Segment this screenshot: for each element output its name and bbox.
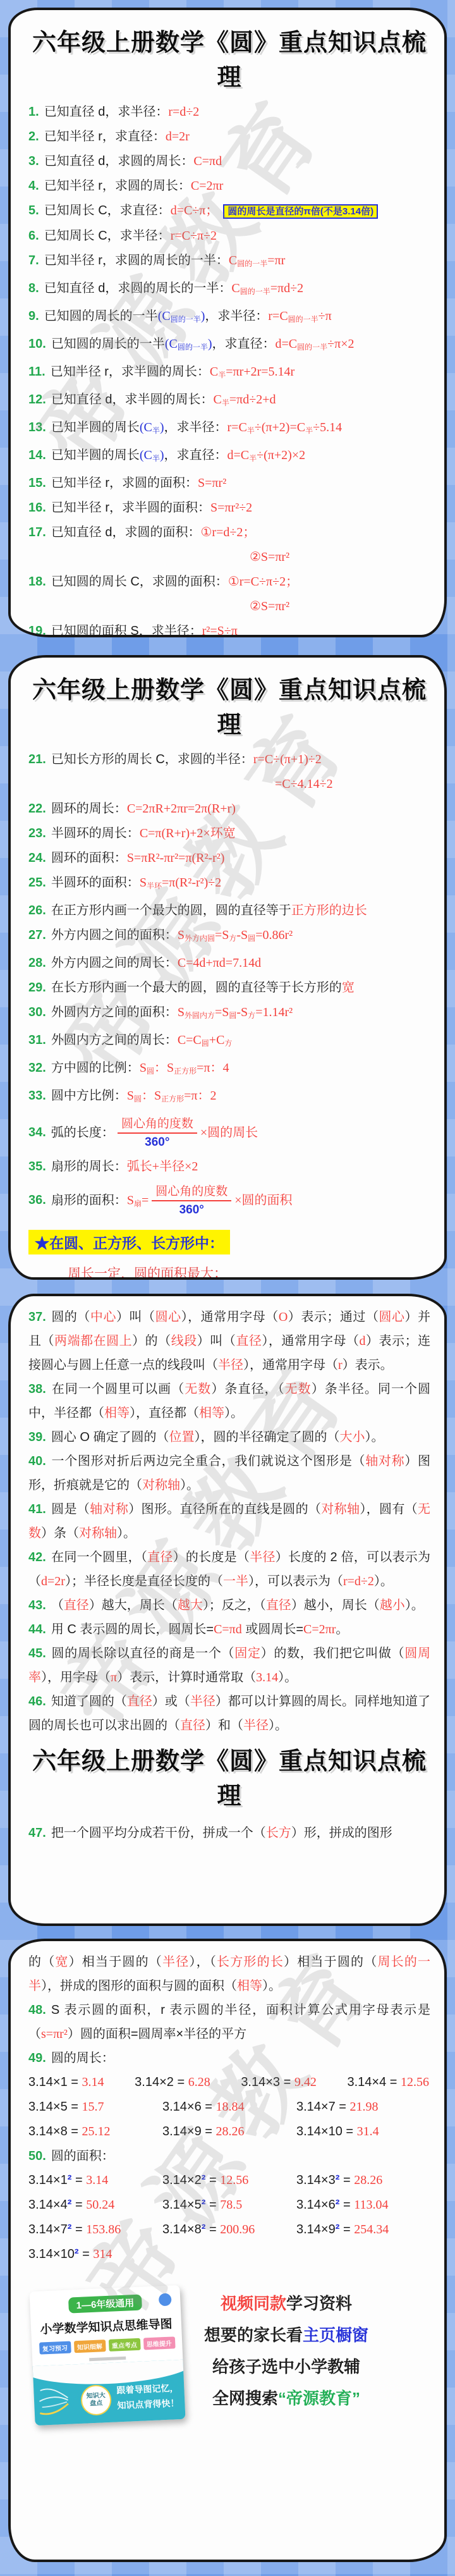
question-text: ）条（ (41, 1526, 79, 1540)
knowledge-item-35: 35.扇形的周长：弧长+半径×2 (28, 1157, 430, 1177)
question-text: = (205, 2223, 220, 2236)
question-text: ）。 (278, 1671, 297, 1684)
knowledge-item-6: 6.已知周长 C，求半径：r=C÷π÷2 (28, 226, 430, 246)
answer-text: 扇 (134, 1199, 142, 1208)
question-text: = (339, 2173, 354, 2187)
answer-text: 直径 (64, 1598, 89, 1612)
item-number: 27. (28, 928, 46, 942)
item-number: 33. (28, 1089, 46, 1103)
answer-text: ②S=πr² (250, 599, 289, 613)
item-number: 44. (28, 1622, 46, 1636)
item-number: 42. (28, 1550, 46, 1564)
question-text: 3.14×6 = (162, 2100, 216, 2114)
item-number: 11. (28, 365, 45, 379)
knowledge-item-24: 24.圆环的面积：S=πR²-πr²=π(R²-r²) (28, 849, 430, 868)
question-text: ）表示。 (343, 1358, 393, 1372)
answer-text: 113.04 (354, 2198, 388, 2212)
question-text: 已知直径 d，求圆的面积： (51, 525, 201, 539)
question-text: 已知半圆的周长 (51, 420, 140, 434)
answer-text: C (214, 393, 222, 407)
answer-text: C=2πr (191, 179, 223, 193)
blue-note-text: (C (165, 337, 178, 351)
promo-text: 视频同款学习资料想要的家长看主页橱窗给孩子选中小学教辅全网搜索“帝源教育” (191, 2292, 381, 2419)
question-text: 一个图形对折后两边完全重合，我们就说这个图形是（ (51, 1454, 365, 1468)
answer-text: C (229, 254, 237, 267)
answer-text: 一半 (223, 1574, 248, 1588)
blue-note-text: (C (158, 309, 171, 323)
knowledge-item-1: 1.已知直径 d，求半径：r=d÷2 (28, 102, 430, 122)
answer-text: 弧长+半径×2 (127, 1160, 198, 1174)
answer-text: r=C÷π÷2 (171, 229, 217, 243)
knowledge-item-12: 12.已知直径 d，求半圆的周长：C半=πd÷2+d (28, 390, 430, 413)
answer-text: =π：4 (197, 1061, 229, 1075)
answer-text: r=C÷(π+1)÷2 (253, 752, 322, 766)
answer-text: r=C (268, 309, 288, 323)
answer-text: C (210, 365, 218, 379)
answer-text: ×圆的周长 (200, 1125, 258, 1139)
answer-text: d=C (276, 337, 298, 351)
answer-text: 正方形 (161, 1095, 184, 1103)
math-fact: 3.14×9² = 254.34 (296, 2217, 430, 2242)
answer-text: S (178, 1005, 185, 1019)
answer-text: 相等 (199, 1406, 224, 1420)
question-text: ），通常用字母（ (262, 1334, 359, 1348)
item-number: 12. (28, 393, 46, 407)
answer-text: S=πr² (198, 476, 226, 490)
question-text: = (71, 2198, 86, 2212)
knowledge-item-23: 23.半圆环的周长：C=π(R+r)+2×环宽 (28, 824, 430, 843)
answer-text: 圆 (202, 1039, 209, 1048)
answer-text: 200.96 (220, 2223, 255, 2236)
answer-text: ①r=d÷2； (201, 525, 256, 539)
question-text: 已知半径 r，求圆的面积： (51, 476, 198, 490)
question-text: ）形，拼成的图形 (291, 1826, 392, 1840)
answer-text: 方 (224, 1039, 232, 1048)
answer-text: 3.14 (256, 1671, 278, 1684)
blue-note-text: 圆的一半 (171, 315, 201, 324)
answer-text: 半 (249, 454, 257, 463)
question-text: 已知半圆的周长 (51, 448, 140, 462)
question-text: ）的数，我们把它叫做（ (261, 1647, 405, 1660)
answer-text: 外方内圆 (185, 934, 215, 943)
question-text: ）越小，周长（ (291, 1598, 380, 1612)
knowledge-item-8: 8.已知直径 d，求圆的周长的一半：C圆的一半=πd÷2 (28, 279, 430, 302)
math-fact: 3.14×3² = 28.26 (296, 2168, 430, 2193)
book-slogan: 跟着导图记忆， 知识点背得快！ (116, 2380, 179, 2413)
item-number: 1. (28, 105, 39, 119)
answer-text: O (279, 1310, 288, 1324)
answer-text: 78.5 (220, 2198, 242, 2212)
math-fact: 3.14×7² = 153.86 (28, 2217, 162, 2242)
answer-text: +C (209, 1033, 225, 1047)
promo-line: 给孩子选中小学教辅 (191, 2355, 381, 2379)
question-text: 已知圆的周长的一半 (51, 337, 165, 351)
knowledge-item-47: 47.把一个圆平均分成若干份，拼成一个（长方）形，拼成的图形 (28, 1821, 430, 1845)
item-number: 40. (28, 1454, 46, 1468)
knowledge-item-40: 40.一个图形对折后两边完全重合，我们就说这个图形是（轴对称）图形，折痕就是它的… (28, 1449, 430, 1497)
answer-text: 半径 (243, 1719, 269, 1733)
item-number: 47. (28, 1826, 46, 1840)
answer-text: ÷5.14 (313, 420, 342, 434)
answer-text: 50.24 (86, 2198, 114, 2212)
answer-text: C=2πr (303, 1622, 336, 1636)
promo-footer: 1—6年级通用 小学数学知识点思维导图 复习预习 知识细解 重点考点 思维提升 (28, 2288, 430, 2422)
panel-content: 37.圆的（中心）叫（圆心），通常用字母（O）表示；通过（圆心）并且（两端都在圆… (28, 1305, 430, 1845)
item-number: 37. (28, 1310, 46, 1324)
question-text: 3.14×4 = (347, 2075, 401, 2089)
panel-title: 六年级上册数学《圆》重点知识点梳理 (28, 1741, 430, 1811)
knowledge-item-49: 49.圆的周长： (28, 2046, 430, 2070)
book-cover-art: 知识大盘点 跟着导图记忆， 知识点背得快！ (33, 2360, 186, 2426)
answer-text: C (231, 281, 240, 295)
highlight-heading-wrap: ★在圆、正方形、长方形中： (28, 1225, 430, 1261)
panel-title: 六年级上册数学《圆》重点知识点梳理 (28, 670, 430, 740)
answer-text: 6.28 (188, 2075, 210, 2089)
answer-text: 半 (305, 426, 313, 435)
knowledge-item-48: 48.S 表示圆的面积，r 表示圆的半径，面积计算公式用字母表示是（s=πr²）… (28, 1998, 430, 2046)
answer-text: 直径 (127, 1695, 152, 1708)
math-table-row: 3.14×1 = 3.143.14×2 = 6.283.14×3 = 9.423… (28, 2070, 430, 2095)
question-text: 已知圆的周长 C，求圆的面积： (51, 575, 228, 589)
answer-text: 视频同款 (221, 2294, 286, 2313)
question-text: 3.14×7 (28, 2223, 68, 2236)
book-cover: 1—6年级通用 小学数学知识点思维导图 复习预习 知识细解 重点考点 思维提升 (29, 2285, 185, 2426)
answer-text: 半 (247, 426, 255, 435)
answer-text: 相等 (237, 1979, 262, 1993)
answer-text: 轴对称 (365, 1454, 404, 1468)
question-text: 已知半径 r，求直径： (44, 130, 166, 144)
knowledge-item-16: 16.已知半径 r，求半圆的面积：S=πr²÷2 (28, 498, 430, 518)
question-text: ），圆的半径确定了圆的（ (194, 1430, 339, 1444)
item-number: 30. (28, 1005, 46, 1019)
item-number: 49. (28, 2051, 46, 2065)
question-text: 3.14×9 (296, 2223, 336, 2236)
highlight-note: 圆的周长是直径的π倍(不是3.14倍) (223, 204, 378, 219)
question-text: 已知周长 C，求直径： (44, 204, 171, 218)
panel-content: 六年级上册数学《圆》重点知识点梳理1.已知直径 d，求半径：r=d÷22.已知半… (28, 23, 430, 637)
question-text: = (71, 2223, 86, 2236)
blue-note-text: ) (160, 448, 164, 462)
knowledge-item-34: 34.弧的长度：圆心角的度数360°×圆的周长 (28, 1114, 430, 1152)
answer-text: 半径 (162, 1955, 189, 1969)
answer-text: 宽 (342, 981, 355, 995)
question-text: ）表示；通过（ (288, 1310, 379, 1324)
question-text: 3.14×10 = (296, 2125, 357, 2138)
question-text: 已知半径 r，求圆的周长的一半： (44, 254, 229, 267)
math-fact: 3.14×2² = 12.56 (162, 2168, 296, 2193)
question-text: = (71, 2173, 86, 2187)
item-number: 5. (28, 204, 39, 218)
blue-note-text: ) (208, 337, 212, 351)
question-text: 把一个圆平均分成若干份，拼成一个（ (51, 1826, 266, 1840)
question-text: ）。 (262, 1979, 281, 1993)
item-number: 9. (28, 309, 39, 323)
book-tag: 重点考点 (108, 2338, 140, 2352)
question-text: 半圆环的周长： (51, 826, 140, 840)
answer-text: C=2πR+2πr=2π(R+r) (127, 802, 236, 816)
question-text: 已知圆的面积 S，求半径： (51, 624, 202, 637)
math-fact: 3.14×5 = 15.7 (28, 2095, 162, 2119)
answer-text: 宽 (55, 1955, 68, 1969)
answer-text: S (140, 876, 147, 890)
answer-text: 15.7 (82, 2100, 104, 2114)
item-number: 41. (28, 1502, 46, 1516)
knowledge-item-27: 27.外方内圆之间的面积：S外方内圆=S方-S圆=0.86r² (28, 926, 430, 948)
answer-text: -S (236, 1005, 248, 1019)
answer-text: 长方 (266, 1826, 291, 1840)
question-text: 3.14×7 = (296, 2100, 350, 2114)
answer-text: 两端都在圆上 (54, 1334, 132, 1348)
answer-text: = (142, 1193, 149, 1207)
fraction-numerator: 圆心角的度数 (152, 1183, 231, 1201)
item-number: 24. (28, 851, 46, 865)
answer-text: 方 (229, 934, 236, 943)
fraction-numerator: 圆心角的度数 (118, 1115, 197, 1134)
knowledge-item-37: 37.圆的（中心）叫（圆心），通常用字母（O）表示；通过（圆心）并且（两端都在圆… (28, 1305, 430, 1377)
question-text: ）图形。直径所在的直线是圆的（ (128, 1502, 321, 1516)
answer-text: 圆的一半 (237, 259, 267, 268)
item-number: 46. (28, 1695, 46, 1708)
question-text: = (205, 2198, 220, 2212)
blue-note-text: 圆的一半 (178, 343, 208, 352)
panel-formulas-21-36: 六年级上册数学《圆》重点知识点梳理21.已知长方形的周长 C，求圆的半径：r=C… (8, 655, 447, 1280)
answer-text: 无数 (285, 1382, 312, 1396)
answer-text: 25.12 (82, 2125, 111, 2138)
question-text: 弧的长度： (51, 1125, 114, 1139)
question-text: ）的（ (132, 1334, 171, 1348)
knowledge-item-50: 50.圆的面积： (28, 2144, 430, 2168)
math-fact: 3.14×8² = 200.96 (162, 2217, 296, 2242)
promo-line: 想要的家长看主页橱窗 (191, 2324, 381, 2347)
item-number: 36. (28, 1193, 46, 1207)
answer-text: S=πR²-πr²=π(R²-r²) (127, 851, 225, 865)
question-text: 3.14×2 (162, 2173, 202, 2187)
answer-text: 12.56 (220, 2173, 248, 2187)
math-fact: 3.14×6² = 113.04 (296, 2193, 430, 2217)
blue-note-text: (C (140, 420, 152, 434)
answer-text: 3.14 (82, 2075, 104, 2089)
item-number: 4. (28, 179, 39, 193)
knowledge-item-7: 7.已知半径 r，求圆的周长的一半：C圆的一半=πr (28, 251, 430, 274)
answer-text: 正方形 (174, 1067, 197, 1076)
answer-text: r=C (227, 420, 247, 434)
knowledge-item-14: 14.已知半圆的周长(C半)，求直径：d=C半÷(π+2)×2 (28, 446, 430, 469)
question-text: 3.14×4 (28, 2198, 68, 2212)
question-text: 已知长方形的周长 C，求圆的半径： (51, 752, 253, 766)
answer-text: d=2r (166, 130, 190, 144)
knowledge-item-13: 13.已知半圆的周长(C半)，求半径：r=C半÷(π+2)=C半÷5.14 (28, 418, 430, 441)
question-text: 已知半径 r，求圆的周长： (44, 179, 191, 193)
question-text: ）或（ (152, 1695, 190, 1708)
answer-text: 线段 (171, 1334, 197, 1348)
panel-fill-in-37-47: 37.圆的（中心）叫（圆心），通常用字母（O）表示；通过（圆心）并且（两端都在圆… (8, 1294, 447, 1926)
question-text: 扇形的面积： (51, 1193, 127, 1207)
answer-text: 圆的一半 (240, 287, 270, 296)
answer-text: π (111, 1671, 117, 1684)
answer-text: d (360, 1334, 366, 1348)
knowledge-item-4: 4.已知半径 r，求圆的周长：C=2πr (28, 176, 430, 196)
blue-note-text: 半 (152, 454, 160, 463)
answer-text: 254.34 (354, 2223, 389, 2236)
book-slogan-line: 知识点背得快！ (117, 2398, 179, 2410)
item-number: 17. (28, 525, 46, 539)
math-fact: 3.14×10² = 314 (28, 2242, 112, 2267)
item-number: 19. (28, 624, 46, 637)
knowledge-item-5: 5.已知周长 C，求直径：d=C÷π；圆的周长是直径的π倍(不是3.14倍) (28, 201, 430, 221)
answer-text: 直径 (180, 1719, 205, 1733)
answer-text: 圆 (248, 934, 255, 943)
answer-text: s=πr² (41, 2027, 68, 2041)
math-fact: 3.14×9 = 28.26 (162, 2119, 296, 2144)
question-text: 圆的面积： (51, 2149, 114, 2163)
answer-text: 越大 (178, 1598, 203, 1612)
math-table-row: 3.14×4² = 50.243.14×5² = 78.53.14×6² = 1… (28, 2193, 430, 2217)
item-number: 45. (28, 1647, 46, 1660)
continuation-line: ②S=πr² (28, 597, 430, 616)
answer-text: d=C÷π； (171, 204, 219, 218)
question-text: 已知直径 d，求圆的周长： (44, 154, 194, 168)
answer-text: 越小 (380, 1598, 405, 1612)
answer-text: 对称轴 (321, 1502, 360, 1516)
question-text: ），用字母（ (41, 1671, 111, 1684)
question-text: 在长方形内画一个最大的圆，圆的直径等于长方形的 (51, 981, 342, 995)
answer-text: 正方形的边长 (291, 904, 367, 917)
answer-text: C=4d+πd=7.14d (178, 956, 261, 970)
knowledge-item-30: 30.外圆内方之间的面积：S外圆内方=S圆-S方=1.14r² (28, 1003, 430, 1026)
continuation-line: ②S=πr² (28, 548, 430, 567)
answer-text: 位置 (169, 1430, 194, 1444)
answer-text: 半径 (218, 1358, 243, 1372)
answer-text: S (127, 1089, 134, 1103)
question-text: ）。 (117, 1526, 136, 1540)
item-number: 8. (28, 281, 39, 295)
math-fact: 3.14×7 = 21.98 (296, 2095, 430, 2119)
item-number: 15. (28, 476, 46, 490)
grade-badge: 1—6年级通用 (68, 2295, 142, 2314)
answer-text: 长方形的长 (217, 1955, 284, 1969)
answer-text: 半 (222, 398, 229, 407)
knowledge-item-18: 18.已知圆的周长 C，求圆的面积：①r=C÷π÷2； (28, 572, 430, 592)
item-number: 26. (28, 904, 46, 917)
question-text: 半圆环的面积： (51, 876, 140, 890)
question-text: 3.14×6 (296, 2198, 336, 2212)
question-text: ）和（ (205, 1719, 243, 1733)
knowledge-item-42: 42.在同一个圆里，（直径）的长度是（半径）长度的 2 倍，可以表示为（d=2r… (28, 1545, 430, 1593)
question-text: ，求直径： (212, 337, 276, 351)
answer-text: 28.26 (216, 2125, 245, 2138)
question-text: 给孩子选中小学教辅 (212, 2357, 360, 2376)
answer-text: S (127, 1193, 134, 1207)
panel-content: 六年级上册数学《圆》重点知识点梳理21.已知长方形的周长 C，求圆的半径：r=C… (28, 670, 430, 1280)
knowledge-item-22: 22.圆环的周长：C=2πR+2πr=2π(R+r) (28, 799, 430, 819)
math-fact: 3.14×1² = 3.14 (28, 2168, 162, 2193)
knowledge-item-26: 26.在正方形内画一个最大的圆，圆的直径等于正方形的边长 (28, 901, 430, 921)
question-text: 外方内圆之间的面积： (51, 928, 178, 942)
knowledge-item-9: 9.已知圆的周长的一半(C圆的一半)，求半径：r=C圆的一半÷π (28, 307, 430, 329)
question-text: ）圆的面积=圆周率×半径的平方 (68, 2027, 246, 2041)
knowledge-item-3: 3.已知直径 d，求圆的周长：C=πd (28, 152, 430, 171)
question-text: = (79, 2247, 94, 2261)
promo-line: 视频同款学习资料 (191, 2292, 381, 2315)
item-number: 29. (28, 981, 46, 995)
answer-text: 对称轴 (79, 1526, 117, 1540)
answer-text: 圆 (229, 1011, 236, 1020)
question-text: 全网搜索 (212, 2389, 278, 2408)
answer-text: 轴对称 (90, 1502, 128, 1516)
blue-note-text: 主页橱窗 (303, 2326, 368, 2345)
answer-text: S (178, 928, 185, 942)
math-table-row: 3.14×10² = 314 (28, 2242, 430, 2267)
fraction: 圆心角的度数360° (152, 1183, 231, 1218)
item-number: 38. (28, 1382, 46, 1396)
answer-text: 对称轴 (142, 1478, 180, 1492)
publisher-logo-icon (159, 2293, 172, 2307)
question-text: ）；反之，（ (203, 1598, 266, 1612)
knowledge-item-29: 29.在长方形内画一个最大的圆，圆的直径等于长方形的宽 (28, 978, 430, 998)
answer-text: 半径 (250, 1550, 276, 1564)
question-text: 。 (336, 1622, 348, 1636)
panel-content: 的（宽）相当于圆的（半径），（长方形的长）相当于圆的（周长的一半），拼成的图形的… (28, 1950, 430, 2267)
answer-text: 中心 (90, 1310, 116, 1324)
math-fact: 3.14×3 = 9.42 (241, 2070, 317, 2095)
answer-text: 153.86 (86, 2223, 121, 2236)
math-table-row: 3.14×7² = 153.863.14×8² = 200.963.14×9² … (28, 2217, 430, 2242)
item-number: 14. (28, 448, 46, 462)
question-text: ），直径都（ (130, 1406, 199, 1420)
question-text: 3.14×8 (162, 2223, 202, 2236)
question-text: 已知半径 r，求半圆的周长： (51, 365, 210, 379)
answer-text: 12.56 (401, 2075, 429, 2089)
question-text: ，求直径： (164, 448, 227, 462)
blue-note-text: (C (140, 448, 152, 462)
question-text: 3.14×3 = (241, 2075, 294, 2089)
item-number: 10. (28, 337, 46, 351)
answer-text: r²=S÷π (202, 624, 238, 637)
question-text: ，求半径： (205, 309, 268, 323)
question-text: ）叫（ (116, 1310, 155, 1324)
item-number: 18. (28, 575, 46, 589)
question-text: ）的长度是（ (173, 1550, 250, 1564)
question-text: 知道了圆的（ (51, 1695, 127, 1708)
answer-text: ÷π (318, 309, 332, 323)
answer-text: =π：2 (184, 1089, 216, 1103)
math-fact: 3.14×1 = 3.14 (28, 2070, 104, 2095)
question-text: 圆的周长： (51, 2051, 114, 2065)
math-fact: 3.14×2 = 6.28 (135, 2070, 210, 2095)
question-text: 用 C 表示圆的周长，圆周长= (51, 1622, 214, 1636)
question-text: 在同一个圆里可以画（ (51, 1382, 185, 1396)
question-text: 3.14×5 = (28, 2100, 82, 2114)
question-text: 3.14×10 (28, 2247, 75, 2261)
answer-text: =1.14r² (255, 1005, 293, 1019)
knowledge-item-38: 38.在同一个圆里可以画（无数）条直径，（无数）条半径。同一个圆中，半径都（相等… (28, 1377, 430, 1425)
blue-note-text: ) (160, 420, 164, 434)
question-text: ² (75, 2247, 79, 2261)
question-text: ）条直径，（ (211, 1382, 284, 1396)
item-number: 25. (28, 876, 46, 890)
question-text: 圆心 O 确定了圆的（ (51, 1430, 169, 1444)
answer-text: r (338, 1358, 343, 1372)
knowledge-item-15: 15.已知半径 r，求圆的面积：S=πr² (28, 474, 430, 493)
answer-text: ÷(π+2)×2 (257, 448, 305, 462)
item-number: 31. (28, 1033, 46, 1047)
item-number: 22. (28, 802, 46, 816)
answer-text: -S (236, 928, 248, 942)
book-tag: 思维提升 (143, 2336, 175, 2350)
book-tag: 复习预习 (39, 2341, 71, 2355)
math-fact: 3.14×8 = 25.12 (28, 2119, 162, 2144)
question-text: 圆的周长除以直径的商是一个（ (51, 1647, 234, 1660)
